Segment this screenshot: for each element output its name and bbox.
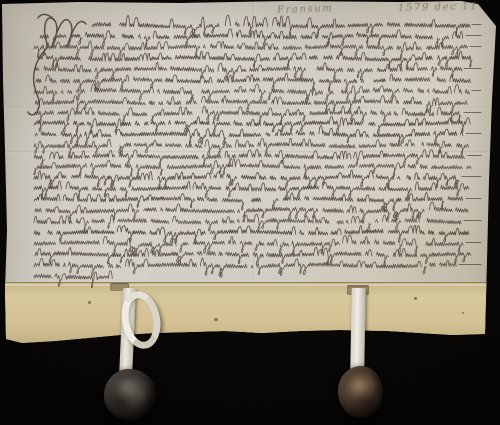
stain-speck	[214, 318, 218, 321]
seal-tag-right	[350, 288, 365, 370]
fold-crease-horizontal	[0, 151, 500, 154]
plica-fold-band	[0, 282, 500, 347]
stain-speck	[330, 80, 332, 82]
wax-seal-left	[104, 369, 156, 420]
stain-speck	[150, 241, 152, 243]
parchment-charter	[0, 0, 500, 425]
stain-speck	[414, 297, 417, 300]
fold-crease-vertical	[253, 0, 256, 425]
charter-photograph: Fransum 1579 dec 11	[0, 0, 500, 425]
fold-crease-horizontal	[0, 107, 500, 110]
archival-annotation-name: Fransum	[277, 3, 334, 16]
stain-speck	[88, 301, 91, 304]
archival-annotation-date: 1579 dec 11	[398, 1, 478, 14]
stain-speck	[462, 312, 464, 314]
wax-seal-right	[338, 366, 383, 418]
